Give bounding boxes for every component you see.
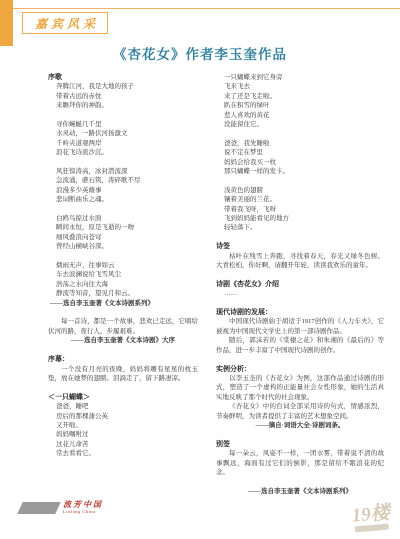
poem-line: 房后的那棵蒲公英 — [48, 412, 198, 421]
spacer — [216, 299, 384, 308]
spacer — [48, 111, 198, 120]
publisher-logo-icon — [17, 502, 61, 514]
section-heading: 序歌 — [48, 73, 198, 82]
poem-line: 带着我飞呀，飞呀 — [216, 205, 384, 214]
poem-line: 急流涌，礁石筑，涛碎歌不尽 — [48, 176, 198, 185]
poem-line: 妈妈会给我买一枚 — [216, 158, 384, 167]
spacer — [48, 346, 198, 355]
attribution-line: ——选自李玉奎著《文本诗剧系列》 — [48, 299, 198, 308]
left-column: 序歌奔腾江河，我是大地的孩子带着古远的赤忱来瞻拜你的神韵。寻你蜿蜒几千里水灵动，… — [48, 73, 198, 496]
poem-line: 惹人喜欢的黄花 — [216, 111, 384, 120]
poem-line: 妈妈嘱咐过 — [48, 430, 198, 439]
poem-line: 烟雨无声，往事如云 — [48, 261, 198, 270]
poem-line: 说不定在梦里 — [216, 148, 384, 157]
poem-line: 来瞻拜你的神韵。 — [48, 101, 198, 110]
paragraph-text: 以李玉奎的《杏花女》为例，这部作品通过诗剧的形式，塑造了一个虚构的正能量社会女性… — [216, 374, 384, 402]
spacer — [216, 477, 384, 486]
poem-line: 奔腾江河，我是大地的孩子 — [48, 82, 198, 91]
poem-line: 爸爸，我先睡啦 — [216, 139, 384, 148]
section-heading: 序幕： — [48, 355, 198, 364]
poem-line: 寻你蜿蜒几千里 — [48, 120, 198, 129]
banner-label: 嘉宾风采 — [35, 15, 99, 32]
spacer — [48, 308, 198, 317]
poem-line: 浩荡之水向往大海 — [48, 280, 198, 289]
poem-line: 飞到妈妈能看见的地方 — [216, 214, 384, 223]
poem-line: 车去波澜说给飞雪风尘 — [48, 270, 198, 279]
section-heading: 别签 — [216, 440, 384, 449]
attribution-line: ——摘自·词语大全·诗剧词条。 — [216, 421, 384, 430]
poem-line: 带着古远的赤忱 — [48, 92, 198, 101]
poem-line: 轻轻落下。 — [216, 223, 384, 232]
poem-line: 浅黄色的翅膀 — [216, 186, 384, 195]
poem-line: 镶着美丽的兰花。 — [216, 195, 384, 204]
spacer — [216, 233, 384, 242]
publisher-logo: 流芳中国 Liufang China — [20, 500, 103, 515]
spacer — [216, 176, 384, 185]
poem-line: 风狂惊涛高，冰封潜流深 — [48, 167, 198, 176]
publisher-logo-text: 流芳中国 Liufang China — [63, 500, 103, 515]
poem-line: 飞来飞去 — [216, 82, 384, 91]
spacer — [48, 158, 198, 167]
publisher-name-en: Liufang China — [63, 509, 103, 515]
spacer — [48, 205, 198, 214]
spacer — [216, 270, 384, 279]
spacer — [48, 252, 198, 261]
paragraph-text: 中国现代诗剧始于胡适于1917创作的《人力车夫》，它被视为中国现代文学史上的第一… — [216, 317, 384, 336]
paragraph-text: 每一朵云，风姿不一样，一团水雾，带着说不清的故事飘远，海面有过它们的倒影，那是留… — [216, 449, 384, 477]
poem-line: 这花儿命苦 — [48, 440, 198, 449]
watermark-text: 19楼 — [351, 503, 391, 525]
poem-line: 静流等知音，望见月和云。 — [48, 289, 198, 298]
poem-line: 常去看看它。 — [48, 449, 198, 458]
poem-line: 趴在积雪的绿叶 — [216, 101, 384, 110]
paragraph-text: 每一首诗，都是一个故事，悲欢已走远，它唱给伏河的路，夜行人，步履艰难。 — [48, 317, 198, 336]
poem-line: …… — [216, 289, 384, 298]
poem-line: 来了还是飞走啦。 — [216, 92, 384, 101]
poem-line: 水灵动，一路伏河扬激文 — [48, 129, 198, 138]
paragraph-text: 《杏花女》中的台词全部采用诗的句式，情感浓烈，节奏鲜明，为读者提供了丰富的艺术想… — [216, 402, 384, 421]
poem-line: 浪花飞诗流沙沉。 — [48, 148, 198, 157]
spacer — [216, 430, 384, 439]
spacer — [216, 355, 384, 364]
spacer — [48, 383, 198, 392]
poem-line: 细风叠浪向苍穹 — [48, 233, 198, 242]
site-watermark: 19楼 — [351, 503, 391, 532]
top-divider-line — [0, 8, 400, 9]
text-columns: 序歌奔腾江河，我是大地的孩子带着古远的赤忱来瞻拜你的神韵。寻你蜿蜒几千里水灵动，… — [48, 73, 384, 496]
page-title: 《杏花女》作者李玉奎作品 — [0, 43, 400, 63]
poem-line: 没能留住它。 — [216, 120, 384, 129]
poem-line: 一只蝴蝶来到它身旁 — [216, 73, 384, 82]
poem-line: 瞬间永恒，原是飞逝的一吻 — [48, 223, 198, 232]
spacer — [216, 129, 384, 138]
section-heading: 现代诗剧的发展： — [216, 308, 384, 317]
section-heading: ＜一只蝴蝶＞ — [48, 393, 198, 402]
poem-line: 千岭夹道观两岸 — [48, 139, 198, 148]
poem-line: 那只蝴蝶一样的发卡。 — [216, 167, 384, 176]
corner-accent-strip — [0, 0, 13, 46]
right-column: 一只蝴蝶来到它身旁飞来飞去来了还是飞走啦。趴在积雪的绿叶惹人喜欢的黄花没能留住它… — [216, 73, 384, 496]
document-page: 嘉宾风采 《杏花女》作者李玉奎作品 序歌奔腾江河，我是大地的孩子带着古远的赤忱来… — [0, 0, 400, 539]
paragraph-text: 随后，郭沫若的《棠棣之花》和朱湘的《最后的》等作品，进一步丰富了中国现代诗剧的创… — [216, 336, 384, 355]
section-heading: 诗剧《杏花女》介绍 — [216, 280, 384, 289]
section-heading: 实例分析： — [216, 365, 384, 374]
poem-line: 曾经山横峡谷深。 — [48, 242, 198, 251]
poem-line: 又开啦。 — [48, 421, 198, 430]
poem-line: 悲词断曲乐之魂。 — [48, 195, 198, 204]
publisher-name-cn: 流芳中国 — [63, 500, 103, 509]
poem-line: 浪漫多少英雄事 — [48, 186, 198, 195]
attribution-line: ——选自李玉奎著《文本诗剧》大序 — [48, 336, 198, 345]
attribution-line: ——选自李玉奎著《文本诗剧系列》 — [216, 487, 384, 496]
paragraph-text: 枯叶在残雪上奔跑，寻找着春天，春光又绿冬色树。大青松柏，你好啊，请翻开年轮，读读… — [216, 252, 384, 271]
poem-line: 爸爸，睡吧 — [48, 402, 198, 411]
poem-line: 白鸥鸟掠过水面 — [48, 214, 198, 223]
paragraph-text: 一个没有月亮的夜晚，妈妈将雕有星星的枕玉垫，放在她梦的翅膀。泪滴走了，留下路凄凉… — [48, 365, 198, 384]
section-heading: 诗签 — [216, 242, 384, 251]
guest-banner: 嘉宾风采 — [22, 12, 108, 34]
